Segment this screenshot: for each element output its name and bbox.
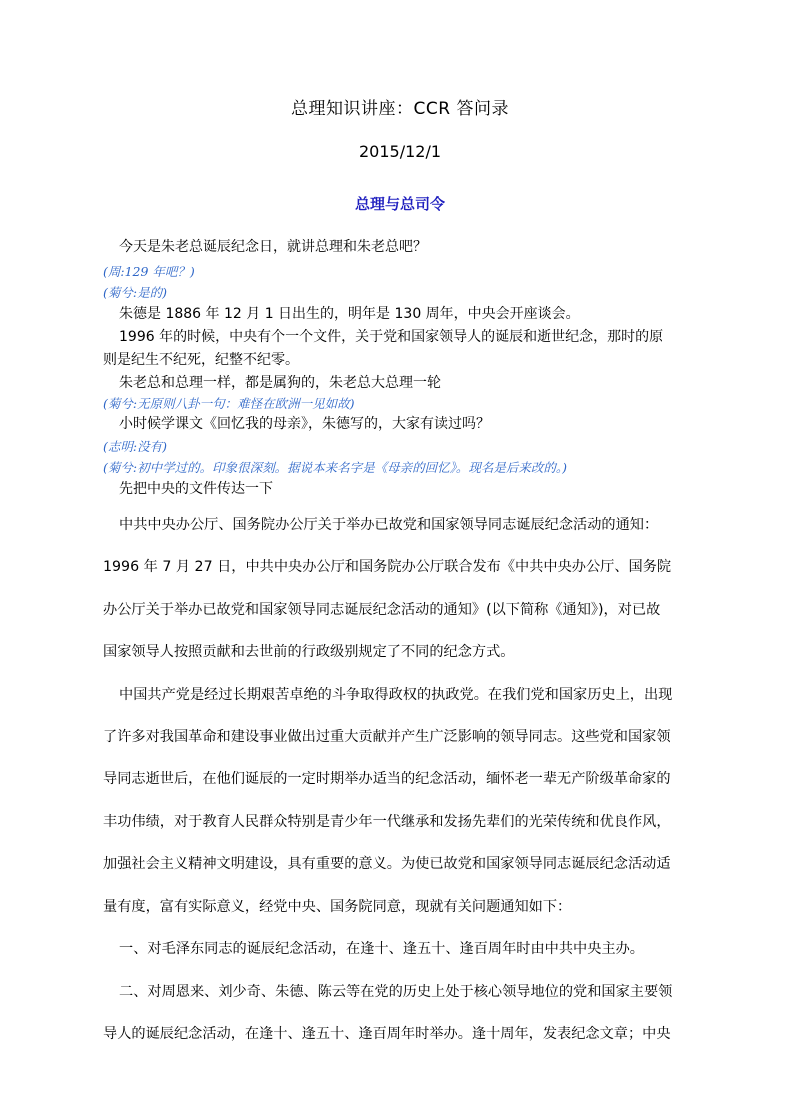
notice-line: 加强社会主义精神文明建设，具有重要的意义。为使已故党和国家领导同志诞辰纪念活动适 <box>103 853 688 873</box>
notice-line: 丰功伟绩，对于教育人民群众特别是青少年一代继承和发扬先辈们的光荣传统和优良作风， <box>103 811 688 831</box>
notice-line: 国家领导人按照贡献和去世前的行政级别规定了不同的纪念方式。 <box>103 641 688 661</box>
dialogue-line: 朱德是 1886 年 12 月 1 日出生的，明年是 130 周年，中央会开座谈… <box>103 303 580 323</box>
notice-line: 二、对周恩来、刘少奇、朱德、陈云等在党的历史上处于核心领导地位的党和国家主要领 <box>103 981 704 1001</box>
audience-comment: (菊兮:是的) <box>103 283 167 301</box>
audience-comment: (志明:没有) <box>103 437 167 455</box>
dialogue-line: 今天是朱老总诞辰纪念日，就讲总理和朱老总吧？ <box>103 236 427 256</box>
notice-line: 导人的诞辰纪念活动，在逢十、逢五十、逢百周年时举办。逢十周年，发表纪念文章；中央 <box>103 1023 688 1043</box>
notice-line: 量有度，富有实际意义，经党中央、国务院同意，现就有关问题通知如下： <box>103 896 688 916</box>
dialogue-line: 小时候学课文《回忆我的母亲》，朱德写的，大家有读过吗？ <box>103 413 490 433</box>
audience-comment: (菊兮:无原则八卦一句：难怪在欧洲一见如故) <box>103 394 354 412</box>
notice-line: 1996 年 7 月 27 日，中共中央办公厅和国务院办公厅联合发布《中共中央办… <box>103 556 688 576</box>
dialogue-line: 先把中央的文件传达一下 <box>103 478 273 498</box>
audience-comment: (周:129 年吧？) <box>103 262 195 280</box>
dialogue-line: 1996 年的时候，中央有个一个文件，关于党和国家领导人的诞辰和逝世纪念，那时的… <box>103 326 663 346</box>
section-heading: 总理与总司令 <box>0 193 800 214</box>
document-page: 总理知识讲座：CCR 答问录 2015/12/1 总理与总司令 今天是朱老总诞辰… <box>0 0 800 1100</box>
document-date: 2015/12/1 <box>0 142 800 161</box>
notice-line: 办公厅关于举办已故党和国家领导同志诞辰纪念活动的通知》(以下简称《通知》)，对已… <box>103 599 688 619</box>
document-title: 总理知识讲座：CCR 答问录 <box>0 94 800 119</box>
dialogue-line: 朱老总和总理一样，都是属狗的，朱老总大总理一轮 <box>103 372 441 392</box>
dialogue-line: 则是纪生不纪死，纪整不纪零。 <box>103 349 299 369</box>
notice-line: 一、对毛泽东同志的诞辰纪念活动，在逢十、逢五十、逢百周年时由中共中央主办。 <box>103 938 704 958</box>
notice-line: 了许多对我国革命和建设事业做出过重大贡献并产生广泛影响的领导同志。这些党和国家领 <box>103 726 688 746</box>
audience-comment: (菊兮:初中学过的。印象很深刻。据说本来名字是《母亲的回忆》。现名是后来改的。) <box>103 458 567 476</box>
notice-line: 中共中央办公厅、国务院办公厅关于举办已故党和国家领导同志诞辰纪念活动的通知： <box>103 514 704 534</box>
notice-line: 中国共产党是经过长期艰苦卓绝的斗争取得政权的执政党。在我们党和国家历史上，出现 <box>103 684 704 704</box>
notice-line: 导同志逝世后，在他们诞辰的一定时期举办适当的纪念活动，缅怀老一辈无产阶级革命家的 <box>103 768 688 788</box>
